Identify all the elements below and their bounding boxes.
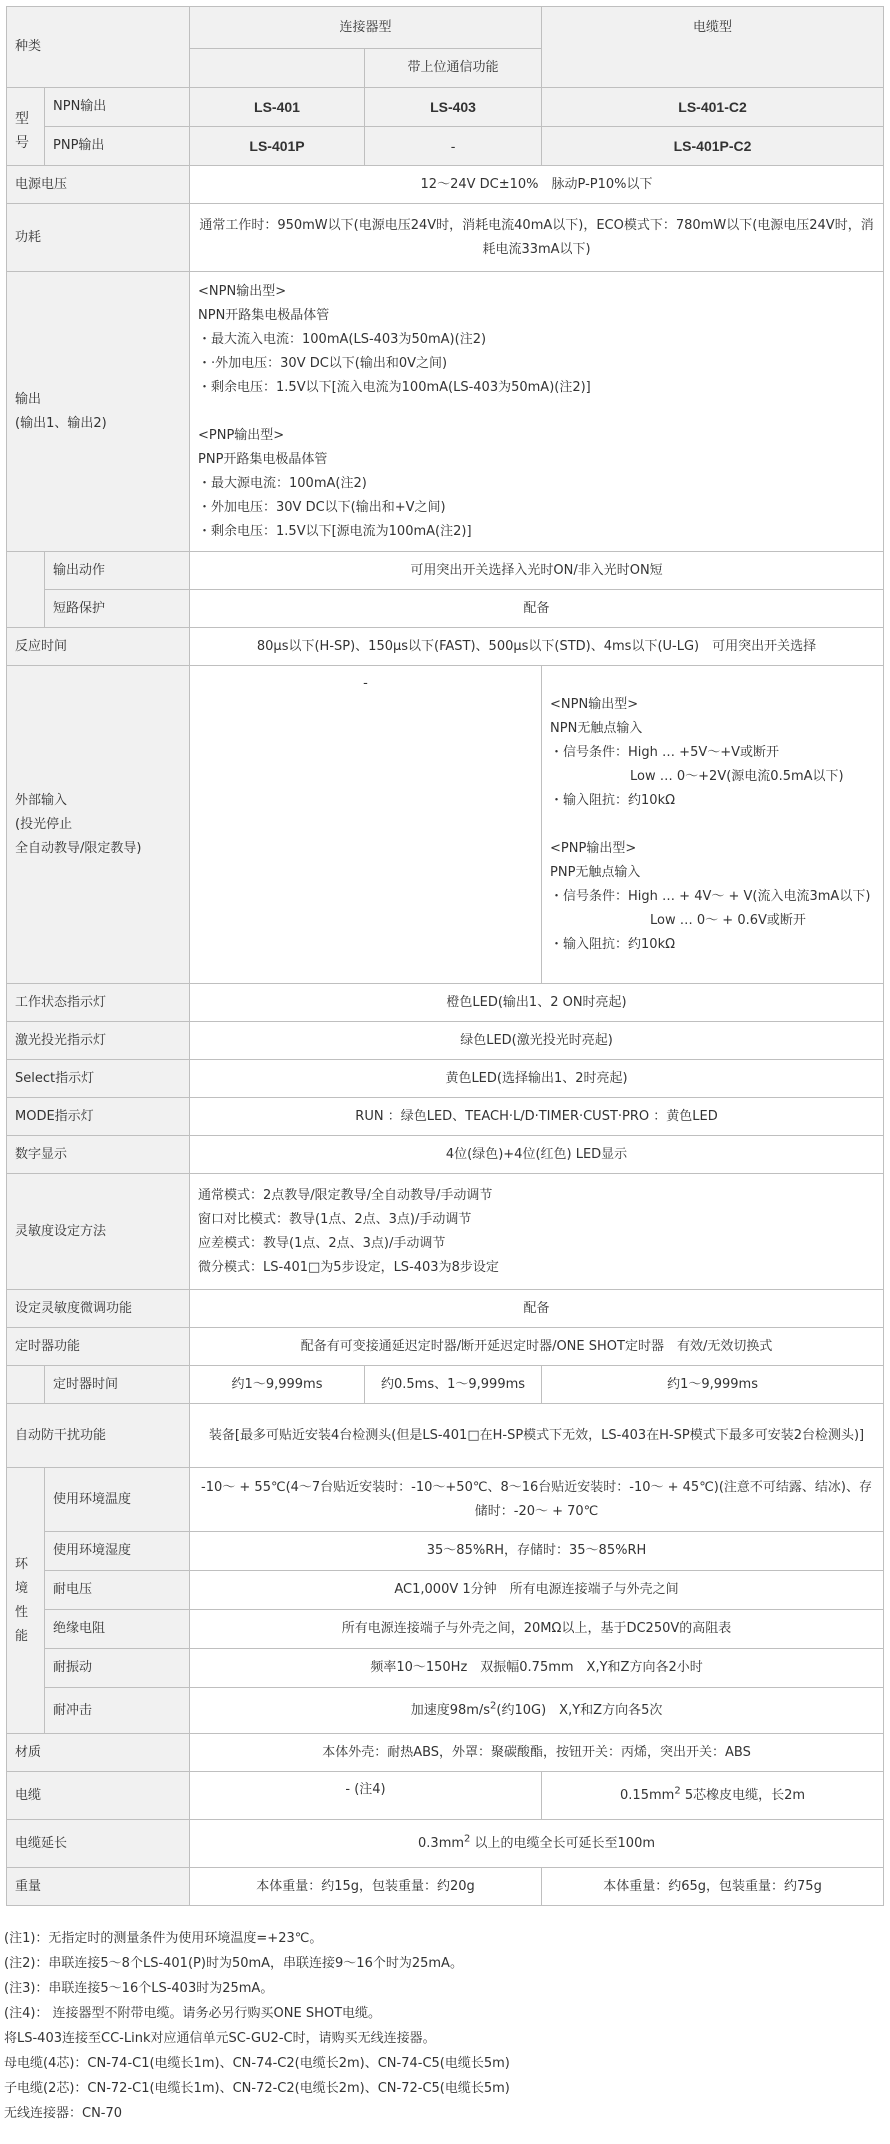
external-input-line: ・输入阻抗：约10kΩ: [550, 933, 875, 957]
temperature-label: 使用环境温度: [45, 1468, 190, 1532]
voltage-withstand-label: 耐电压: [45, 1571, 190, 1610]
output-value: <NPN输出型> NPN开路集电极晶体管 ・最大流入电流：100mA(LS-40…: [190, 272, 884, 552]
vibration-label: 耐振动: [45, 1649, 190, 1688]
external-input-line: ・信号条件：High … + 4V～ + V(流入电流3mA以下): [550, 885, 875, 909]
cable-extension-text: 0.3mm: [418, 1836, 464, 1851]
external-input-line: Low … 0～+2V(源电流0.5mA以下): [550, 765, 875, 789]
voltage-withstand-value: AC1,000V 1分钟 所有电源连接端子与外壳之间: [190, 1571, 884, 1610]
external-input-line: <NPN输出型>: [550, 693, 875, 717]
op-indicator-label: 工作状态指示灯: [7, 984, 190, 1022]
op-indicator-value: 橙色LED(输出1、2 ON时亮起): [190, 984, 884, 1022]
power-consumption-label: 功耗: [7, 204, 190, 272]
external-input-cable-value: <NPN输出型> NPN无触点输入 ・信号条件：High … +5V～+V或断开…: [542, 666, 884, 984]
response-time-value: 80μs以下(H-SP)、150μs以下(FAST)、500μs以下(STD)、…: [190, 628, 884, 666]
output-sub-group: [7, 552, 45, 628]
sensitivity-method-line: 窗口对比模式：教导(1点、2点、3点)/手动调节: [198, 1208, 875, 1232]
external-input-line: PNP无触点输入: [550, 861, 875, 885]
sensitivity-method-line: 应差模式：教导(1点、2点、3点)/手动调节: [198, 1232, 875, 1256]
footnote: (注1)：无指定时的测量条件为使用环境温度=+23℃。: [4, 1926, 884, 1951]
digital-display-value: 4位(绿色)+4位(红色) LED显示: [190, 1136, 884, 1174]
shock-value: 加速度98m/s2(约10G) X,Y和Z方向各5次: [190, 1688, 884, 1734]
weight-label: 重量: [7, 1868, 190, 1906]
external-input-label-line: 外部输入: [15, 789, 181, 813]
output-line: ・·外加电压：30V DC以下(输出和0V之间): [198, 352, 875, 376]
output-line: PNP开路集电极晶体管: [198, 448, 875, 472]
output-label-line2: (输出1、输出2): [15, 412, 181, 436]
footnote: (注3)：串联连接5～16个LS-403时为25mA。: [4, 1976, 884, 2001]
fine-adjust-value: 配备: [190, 1290, 884, 1328]
mode-indicator-label: MODE指示灯: [7, 1098, 190, 1136]
spec-table: 种类 连接器型 电缆型 带上位通信功能 型号 NPN输出 LS-401 LS-4…: [6, 6, 884, 1906]
shock-value-text: 加速度98m/s: [411, 1703, 490, 1718]
cable-extension-text: 以上的电缆全长可延长至100m: [470, 1836, 655, 1851]
short-protection-value: 配备: [190, 590, 884, 628]
output-label: 输出 (输出1、输出2): [7, 272, 190, 552]
timer-function-label: 定时器功能: [7, 1328, 190, 1366]
sensitivity-method-line: 通常模式：2点教导/限定教导/全自动教导/手动调节: [198, 1184, 875, 1208]
short-protection-label: 短路保护: [45, 590, 190, 628]
output-line: ・最大流入电流：100mA(LS-403为50mA)(注2): [198, 328, 875, 352]
humidity-label: 使用环境湿度: [45, 1532, 190, 1571]
power-consumption-value: 通常工作时：950mW以下(电源电压24V时，消耗电流40mA以下)，ECO模式…: [190, 204, 884, 272]
type-header: 种类: [7, 7, 190, 88]
material-value: 本体外壳：耐热ABS，外罩：聚碳酸酯，按钮开关：丙烯，突出开关：ABS: [190, 1734, 884, 1772]
shock-value-text: (约10G) X,Y和Z方向各5次: [496, 1703, 662, 1718]
sensitivity-method-label: 灵敏度设定方法: [7, 1174, 190, 1290]
environment-group-char: 环: [15, 1553, 36, 1577]
anti-interference-value: 装备[最多可贴近安装4台检测头(但是LS-401□在H-SP模式下无效，LS-4…: [190, 1404, 884, 1468]
model-pnp-comm: -: [365, 127, 542, 166]
cable-type-header: 电缆型: [542, 7, 884, 88]
connector-type-header: 连接器型: [190, 7, 542, 49]
footnote: (注4)： 连接器型不附带电缆。请务必另行购买ONE SHOT电缆。: [4, 2001, 884, 2026]
environment-group-char: 境: [15, 1577, 36, 1601]
external-input-line: ・信号条件：High … +5V～+V或断开: [550, 741, 875, 765]
cable-value-text: 5芯橡皮电缆，长2m: [681, 1788, 805, 1803]
timer-time-label: 定时器时间: [45, 1366, 190, 1404]
response-time-label: 反应时间: [7, 628, 190, 666]
digital-display-label: 数字显示: [7, 1136, 190, 1174]
mode-indicator-value: RUN ：绿色LED、TEACH·L/D·TIMER·CUST·PRO ：黄色L…: [190, 1098, 884, 1136]
power-voltage-value: 12～24V DC±10% 脉动P-P10%以下: [190, 166, 884, 204]
shock-label: 耐冲击: [45, 1688, 190, 1734]
fine-adjust-label: 设定灵敏度微调功能: [7, 1290, 190, 1328]
external-input-line: ・输入阻抗：约10kΩ: [550, 789, 875, 813]
output-action-label: 输出动作: [45, 552, 190, 590]
footnote: 将LS-403连接至CC-Link对应通信单元SC-GU2-C时，请购买无线连接…: [4, 2026, 884, 2051]
output-action-value: 可用突出开关选择入光时ON/非入光时ON短: [190, 552, 884, 590]
timer-function-value: 配备有可变接通延迟定时器/断开延迟定时器/ONE SHOT定时器 有效/无效切换…: [190, 1328, 884, 1366]
power-voltage-label: 电源电压: [7, 166, 190, 204]
laser-indicator-value: 绿色LED(激光投光时亮起): [190, 1022, 884, 1060]
external-input-line: Low … 0～ + 0.6V或断开: [550, 909, 875, 933]
anti-interference-label: 自动防干扰功能: [7, 1404, 190, 1468]
footnote: (注2)：串联连接5～8个LS-401(P)时为50mA，串联连接9～16个时为…: [4, 1951, 884, 1976]
external-input-label-line: 全自动教导/限定教导): [15, 837, 181, 861]
timer-sub-group: [7, 1366, 45, 1404]
select-indicator-label: Select指示灯: [7, 1060, 190, 1098]
model-pnp-connector: LS-401P: [190, 127, 365, 166]
material-label: 材质: [7, 1734, 190, 1772]
external-input-line: NPN无触点输入: [550, 717, 875, 741]
environment-group-char: 性: [15, 1601, 36, 1625]
cable-value-text: 0.15mm: [620, 1788, 674, 1803]
external-input-label: 外部输入 (投光停止 全自动教导/限定教导): [7, 666, 190, 984]
external-input-connector-value: -: [190, 666, 542, 984]
model-group-label: 型号: [7, 88, 45, 166]
vibration-value: 频率10～150Hz 双振幅0.75mm X,Y和Z方向各2小时: [190, 1649, 884, 1688]
pnp-output-label: PNP输出: [45, 127, 190, 166]
laser-indicator-label: 激光投光指示灯: [7, 1022, 190, 1060]
timer-time-cable: 约1～9,999ms: [542, 1366, 884, 1404]
connector-plain-header: [190, 49, 365, 88]
model-pnp-cable: LS-401P-C2: [542, 127, 884, 166]
cable-cable-value: 0.15mm2 5芯橡皮电缆，长2m: [542, 1772, 884, 1820]
humidity-value: 35～85%RH，存储时：35～85%RH: [190, 1532, 884, 1571]
output-spacer: [198, 400, 875, 424]
model-npn-cable: LS-401-C2: [542, 88, 884, 127]
external-input-line: <PNP输出型>: [550, 837, 875, 861]
cable-label: 电缆: [7, 1772, 190, 1820]
output-line: ・剩余电压：1.5V以下[流入电流为100mA(LS-403为50mA)(注2)…: [198, 376, 875, 400]
output-line: NPN开路集电极晶体管: [198, 304, 875, 328]
insulation-value: 所有电源连接端子与外壳之间，20MΩ以上，基于DC250V的高阻表: [190, 1610, 884, 1649]
select-indicator-value: 黄色LED(选择输出1、2时亮起): [190, 1060, 884, 1098]
environment-group-label: 环 境 性 能: [7, 1468, 45, 1734]
cable-extension-value: 0.3mm2 以上的电缆全长可延长至100m: [190, 1820, 884, 1868]
temperature-value: -10～ + 55℃(4～7台贴近安装时：-10～+50℃、8～16台贴近安装时…: [190, 1468, 884, 1532]
timer-time-comm: 约0.5ms、1～9,999ms: [365, 1366, 542, 1404]
model-npn-connector: LS-401: [190, 88, 365, 127]
timer-time-connector: 约1～9,999ms: [190, 1366, 365, 1404]
output-line: ・最大源电流：100mA(注2): [198, 472, 875, 496]
external-input-label-line: (投光停止: [15, 813, 181, 837]
model-npn-comm: LS-403: [365, 88, 542, 127]
output-line: ・外加电压：30V DC以下(输出和+V之间): [198, 496, 875, 520]
weight-connector-value: 本体重量：约15g，包装重量：约20g: [190, 1868, 542, 1906]
footnote: 无线连接器：CN-70: [4, 2101, 884, 2126]
insulation-label: 绝缘电阻: [45, 1610, 190, 1649]
cable-connector-value: - (注4): [190, 1772, 542, 1820]
sensitivity-method-line: 微分模式：LS-401□为5步设定，LS-403为8步设定: [198, 1256, 875, 1280]
footnote: 母电缆(4芯)：CN-74-C1(电缆长1m)、CN-74-C2(电缆长2m)、…: [4, 2051, 884, 2076]
environment-group-char: 能: [15, 1625, 36, 1649]
npn-output-label: NPN输出: [45, 88, 190, 127]
weight-cable-value: 本体重量：约65g，包装重量：约75g: [542, 1868, 884, 1906]
with-comm-header: 带上位通信功能: [365, 49, 542, 88]
output-label-line1: 输出: [15, 388, 181, 412]
output-line: ・剩余电压：1.5V以下[源电流为100mA(注2)]: [198, 520, 875, 544]
cable-extension-label: 电缆延长: [7, 1820, 190, 1868]
external-input-spacer: [550, 813, 875, 837]
output-line: <PNP输出型>: [198, 424, 875, 448]
sensitivity-method-value: 通常模式：2点教导/限定教导/全自动教导/手动调节 窗口对比模式：教导(1点、2…: [190, 1174, 884, 1290]
footnotes: (注1)：无指定时的测量条件为使用环境温度=+23℃。 (注2)：串联连接5～8…: [4, 1926, 884, 2126]
output-line: <NPN输出型>: [198, 280, 875, 304]
footnote: 子电缆(2芯)：CN-72-C1(电缆长1m)、CN-72-C2(电缆长2m)、…: [4, 2076, 884, 2101]
